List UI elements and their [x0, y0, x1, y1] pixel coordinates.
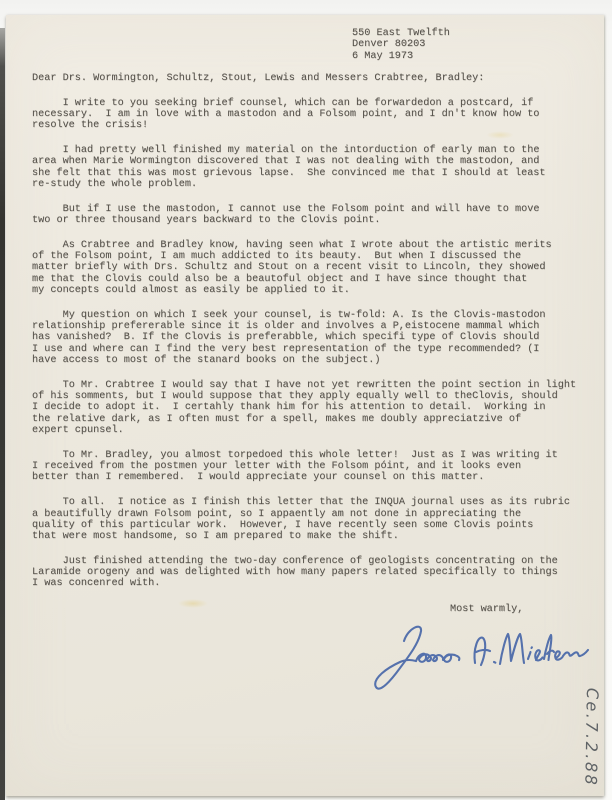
address-line-city: Denver 80203: [352, 39, 604, 50]
closing-valediction: Most warmly,: [450, 604, 604, 615]
signature-handwriting: [372, 615, 592, 710]
paper-smudge: [486, 131, 514, 139]
paragraph-1: I write to you seeking brief counsel, wh…: [32, 98, 596, 132]
paragraph-2: I had pretty well finished my material o…: [32, 145, 596, 190]
paragraph-6: To Mr. Crabtree I would say that I have …: [32, 380, 596, 436]
paragraph-8: To all. I notice as I finish this letter…: [32, 497, 596, 542]
address-line-street: 550 East Twelfth: [352, 28, 604, 39]
letter-date: 6 May 1973: [352, 51, 604, 62]
salutation: Dear Drs. Wormington, Schultz, Stout, Le…: [32, 73, 604, 84]
signature-ink-icon: [372, 615, 592, 710]
paper-smudge: [178, 599, 208, 608]
paragraph-7: To Mr. Bradley, you almost torpedoed thi…: [32, 450, 596, 484]
paragraph-9: Just finished attending the two-day conf…: [32, 556, 596, 590]
paragraph-5: My question on which I seek your counsel…: [32, 310, 596, 366]
scan-edge-shadow: [0, 28, 5, 800]
archival-annotation: Ce.7.2.88: [581, 688, 602, 788]
paragraph-3: But if I use the mastodon, I cannot use …: [32, 204, 596, 227]
sender-address-block: 550 East Twelfth Denver 80203 6 May 1973: [352, 28, 604, 62]
paragraph-4: As Crabtree and Bradley know, having see…: [32, 240, 596, 296]
letter-page: 550 East Twelfth Denver 80203 6 May 1973…: [6, 15, 604, 796]
